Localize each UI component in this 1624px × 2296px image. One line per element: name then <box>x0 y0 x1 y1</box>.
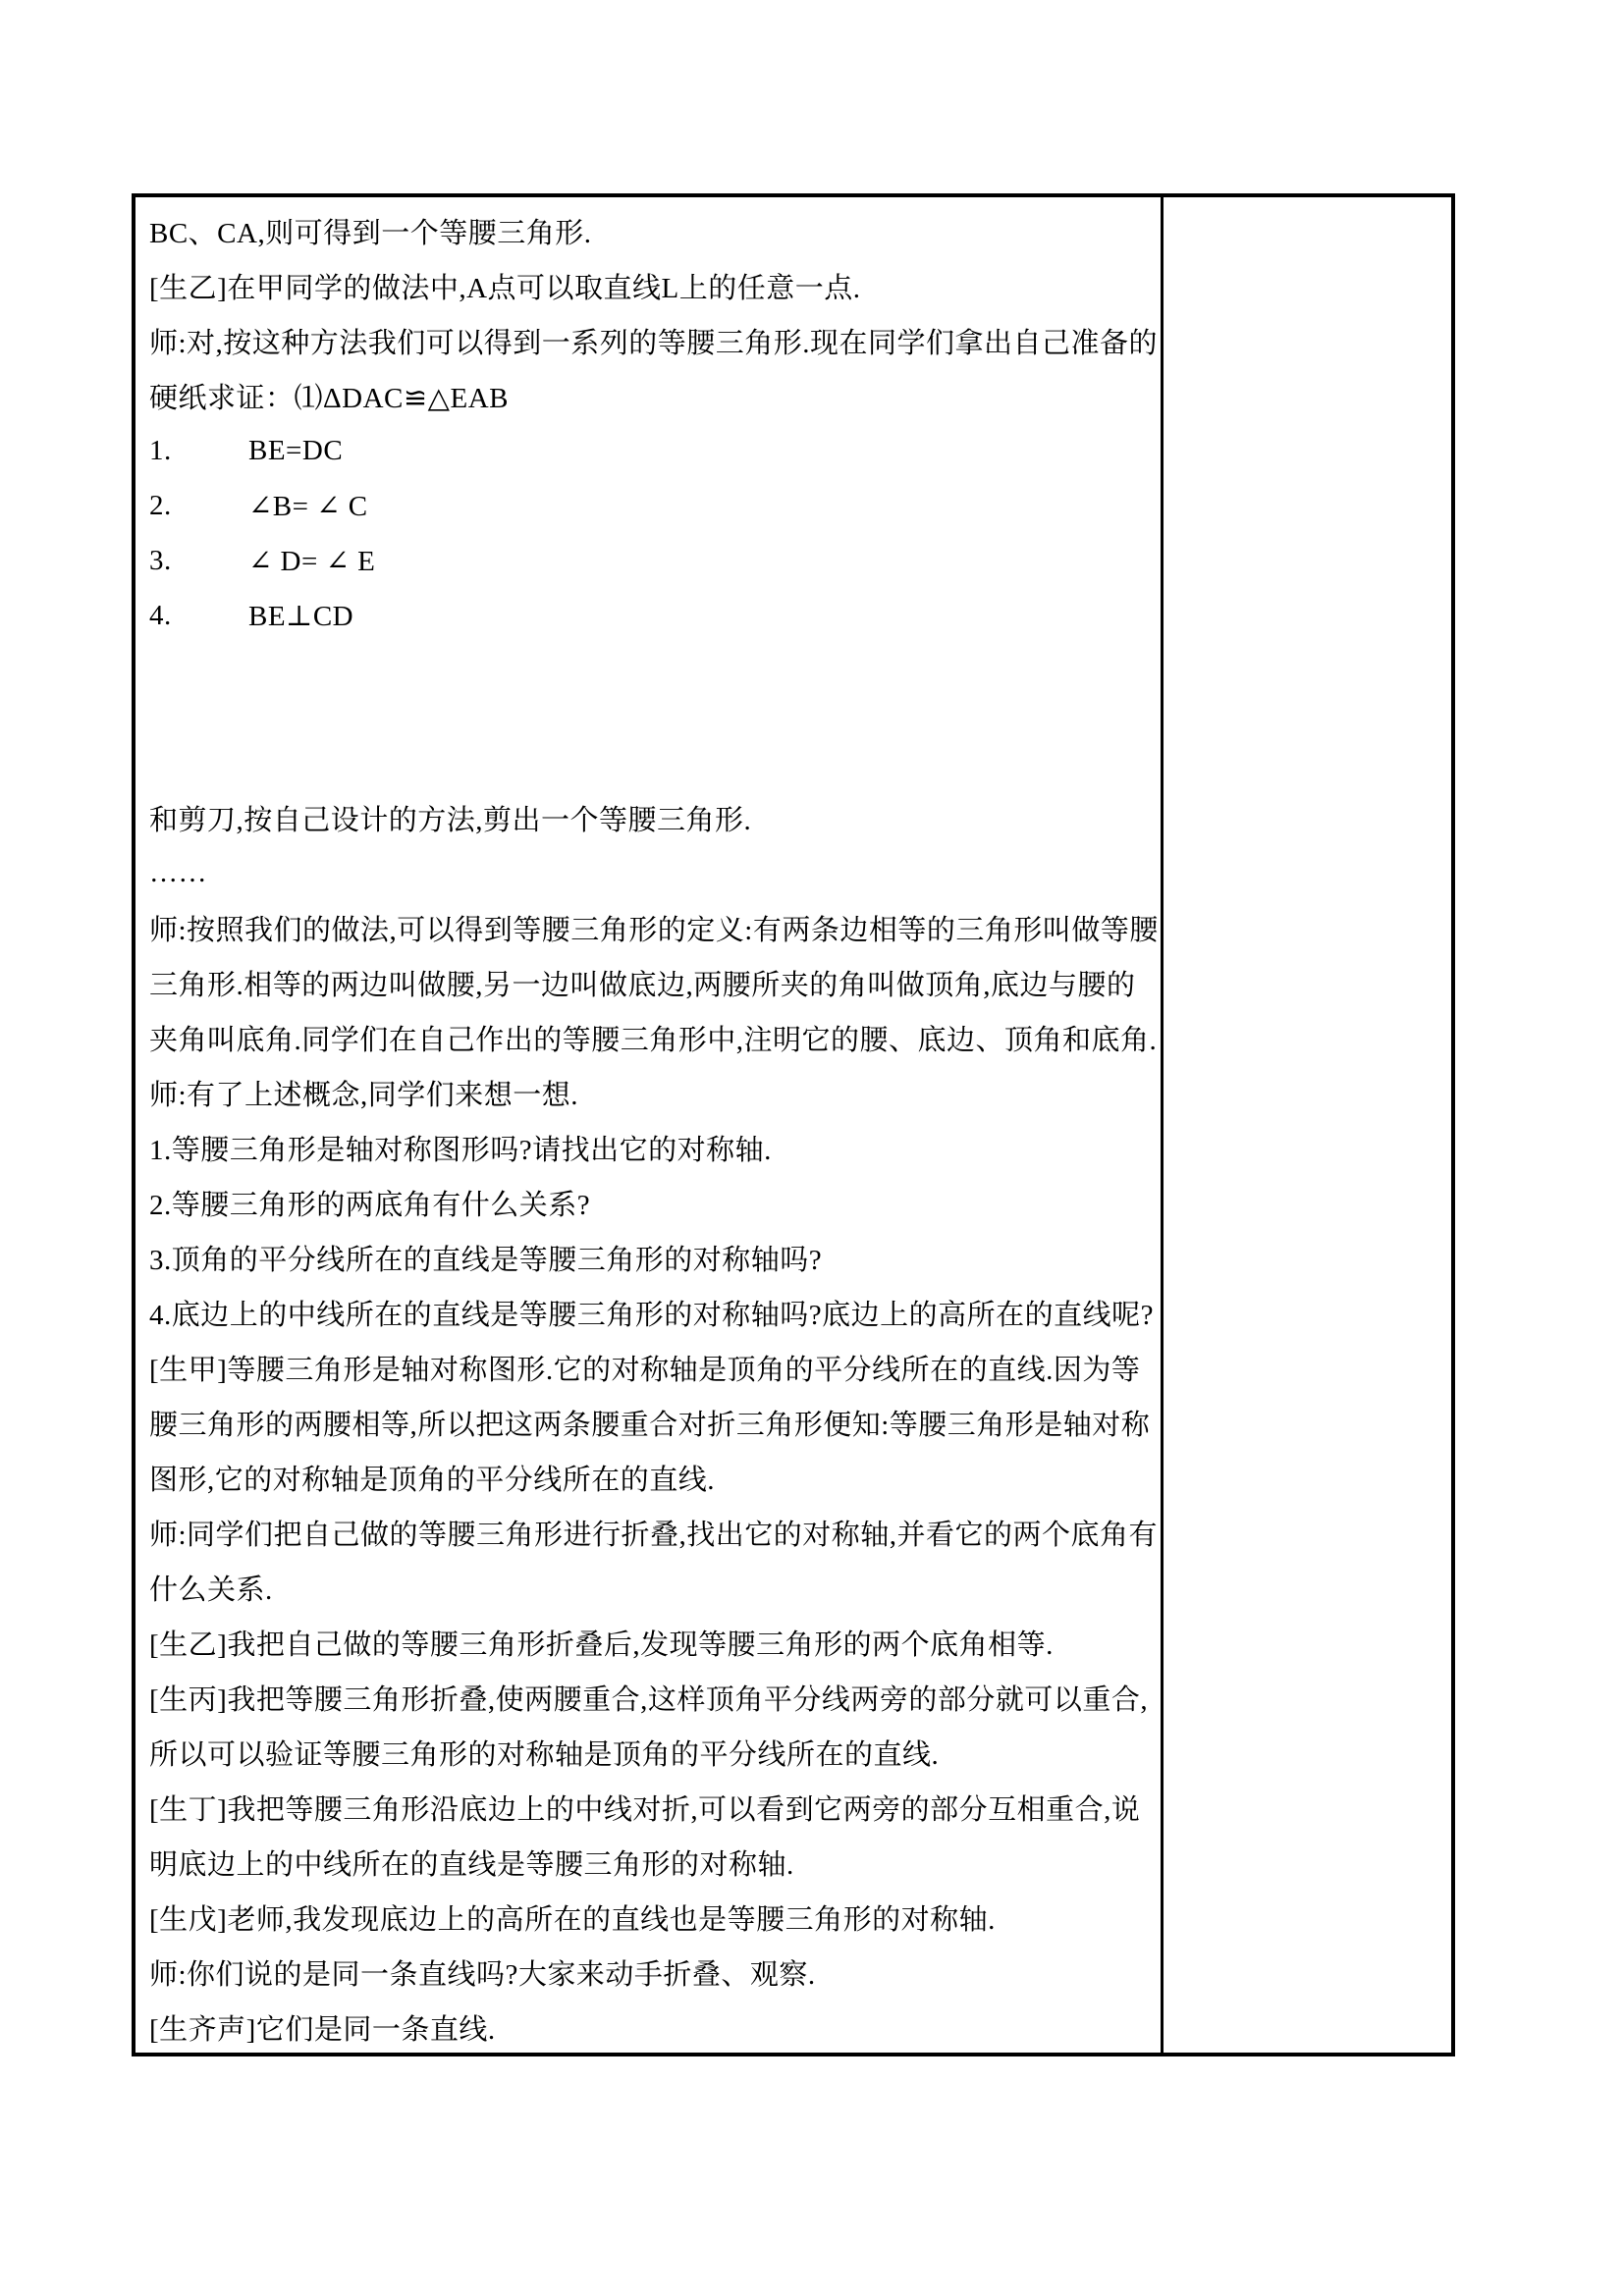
main-text-column: BC、CA,则可得到一个等腰三角形.[生乙]在甲同学的做法中,A点可以取直线L上… <box>135 197 1164 2053</box>
text-line: 4.底边上的中线所在的直线是等腰三角形的对称轴吗?底边上的高所在的直线呢? <box>149 1285 1161 1340</box>
text-line: 师:你们说的是同一条直线吗?大家来动手折叠、观察. <box>149 1945 1161 2000</box>
notes-column <box>1164 197 1451 2053</box>
ordered-list-item: 1.BE=DC <box>149 423 1161 478</box>
text-line: 明底边上的中线所在的直线是等腰三角形的对称轴. <box>149 1835 1161 1890</box>
list-item-number: 4. <box>149 600 248 632</box>
vertical-spacer <box>149 643 1161 790</box>
text-line: 夹角叫底角.同学们在自己作出的等腰三角形中,注明它的腰、底边、顶角和底角. <box>149 1010 1161 1065</box>
lesson-plan-table: BC、CA,则可得到一个等腰三角形.[生乙]在甲同学的做法中,A点可以取直线L上… <box>132 193 1455 2056</box>
text-line: BC、CA,则可得到一个等腰三角形. <box>149 203 1161 258</box>
list-item-number: 2. <box>149 490 248 522</box>
text-line: 腰三角形的两腰相等,所以把这两条腰重合对折三角形便知:等腰三角形是轴对称 <box>149 1395 1161 1450</box>
ordered-list-item: 3.∠ D= ∠ E <box>149 533 1161 588</box>
text-line: 所以可以验证等腰三角形的对称轴是顶角的平分线所在的直线. <box>149 1725 1161 1780</box>
text-line: 3.顶角的平分线所在的直线是等腰三角形的对称轴吗? <box>149 1230 1161 1285</box>
main-column-lines: BC、CA,则可得到一个等腰三角形.[生乙]在甲同学的做法中,A点可以取直线L上… <box>149 203 1161 2053</box>
text-line: 师:有了上述概念,同学们来想一想. <box>149 1065 1161 1120</box>
text-line: 师:按照我们的做法,可以得到等腰三角形的定义:有两条边相等的三角形叫做等腰 <box>149 900 1161 955</box>
text-line: 2.等腰三角形的两底角有什么关系? <box>149 1175 1161 1230</box>
text-line: 硬纸求证：⑴ΔDAC≌△EAB <box>149 368 1161 423</box>
text-line: [生齐声]它们是同一条直线. <box>149 2000 1161 2053</box>
list-item-text: BE=DC <box>248 435 343 467</box>
text-line: [生甲]等腰三角形是轴对称图形.它的对称轴是顶角的平分线所在的直线.因为等 <box>149 1340 1161 1395</box>
text-line: 和剪刀,按自己设计的方法,剪出一个等腰三角形. <box>149 790 1161 845</box>
list-item-text: BE⊥CD <box>248 599 353 633</box>
text-line: 师:同学们把自己做的等腰三角形进行折叠,找出它的对称轴,并看它的两个底角有 <box>149 1505 1161 1560</box>
text-line: …… <box>149 845 1161 900</box>
text-line: 1.等腰三角形是轴对称图形吗?请找出它的对称轴. <box>149 1120 1161 1175</box>
text-line: [生乙]在甲同学的做法中,A点可以取直线L上的任意一点. <box>149 258 1161 313</box>
list-item-text: ∠B= ∠ C <box>248 489 368 523</box>
text-line: [生丙]我把等腰三角形折叠,使两腰重合,这样顶角平分线两旁的部分就可以重合, <box>149 1670 1161 1725</box>
document-page: BC、CA,则可得到一个等腰三角形.[生乙]在甲同学的做法中,A点可以取直线L上… <box>0 0 1624 2296</box>
text-line: 三角形.相等的两边叫做腰,另一边叫做底边,两腰所夹的角叫做顶角,底边与腰的 <box>149 955 1161 1010</box>
ordered-list-item: 2.∠B= ∠ C <box>149 478 1161 533</box>
ordered-list-item: 4.BE⊥CD <box>149 588 1161 643</box>
text-line: 师:对,按这种方法我们可以得到一系列的等腰三角形.现在同学们拿出自己准备的 <box>149 313 1161 368</box>
list-item-text: ∠ D= ∠ E <box>248 544 375 578</box>
text-line: 什么关系. <box>149 1560 1161 1615</box>
list-item-number: 3. <box>149 545 248 577</box>
text-line: [生戊]老师,我发现底边上的高所在的直线也是等腰三角形的对称轴. <box>149 1890 1161 1945</box>
text-line: [生丁]我把等腰三角形沿底边上的中线对折,可以看到它两旁的部分互相重合,说 <box>149 1780 1161 1835</box>
text-line: 图形,它的对称轴是顶角的平分线所在的直线. <box>149 1450 1161 1505</box>
list-item-number: 1. <box>149 435 248 467</box>
text-line: [生乙]我把自己做的等腰三角形折叠后,发现等腰三角形的两个底角相等. <box>149 1615 1161 1670</box>
